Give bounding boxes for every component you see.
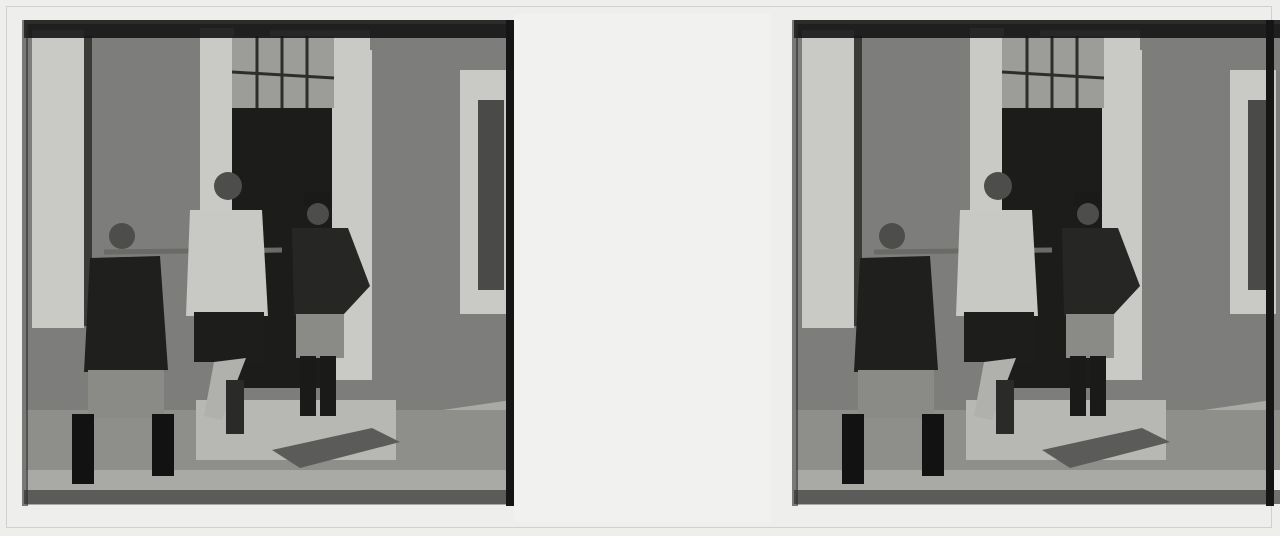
stereograph-plate	[0, 0, 1280, 536]
photo-panel-left	[0, 0, 520, 536]
photo-right	[760, 0, 1280, 536]
center-gap	[514, 14, 770, 522]
photo-left	[0, 0, 520, 536]
photo-panel-right	[760, 0, 1280, 536]
